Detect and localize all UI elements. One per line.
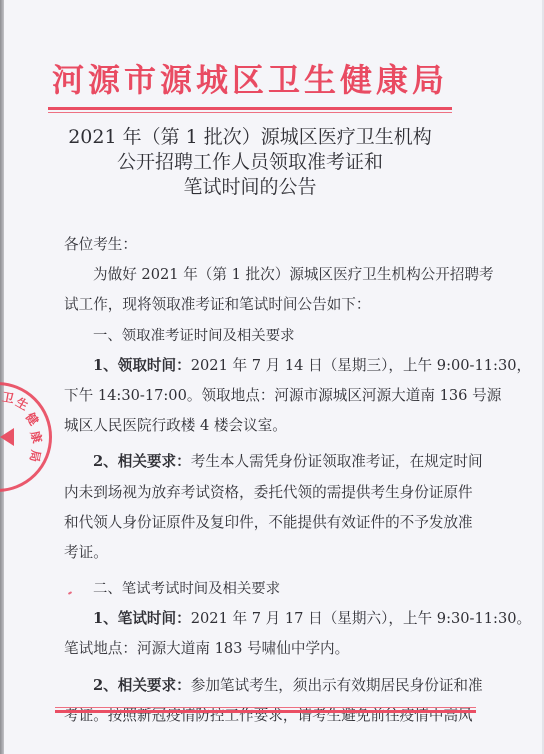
section-heading: 二、笔试考试时间及相关要求 [64,574,484,604]
intro-paragraph: 为做好 2021 年（第 1 批次）源城区医疗卫生机构公开招聘考 试工作，现将领… [64,260,484,320]
seal-star-icon [0,428,14,446]
section-1-item-2: 2、相关要求：考生本人需凭身份证领取准考证，在规定时间 内未到场视为放弃考试资格… [64,447,484,568]
section-heading: 一、领取准考证时间及相关要求 [64,321,484,351]
item-label: 1、领取时间： [93,357,191,374]
document-title: 2021 年（第 1 批次）源城区医疗卫生机构 公开招聘工作人员领取准考证和 笔… [0,125,500,200]
salutation: 各位考生： [64,230,484,260]
title-line: 2021 年（第 1 批次）源城区医疗卫生机构 [0,125,500,150]
section-2-item-2: 2、相关要求：参加笔试考生，须出示有效期居民身份证和准 考证。按照新冠疫情防控工… [64,671,484,731]
seal-char: 局 [28,449,42,463]
item-label: 2、相关要求： [93,453,191,470]
item-label: 1、笔试时间： [93,610,191,627]
title-line: 公开招聘工作人员领取准考证和 [0,150,500,175]
section-2-item-1: 1、笔试时间：2021 年 7 月 17 日（星期六），上午 9:30-11:3… [64,604,484,664]
scan-left-edge [0,0,4,754]
letterhead-organization: 河源市源城区卫生健康局 [0,60,500,100]
document-page: 河源市源城区卫生健康局 2021 年（第 1 批次）源城区医疗卫生机构 公开招聘… [0,0,544,754]
document-body: 各位考生： 为做好 2021 年（第 1 批次）源城区医疗卫生机构公开招聘考 试… [64,230,484,731]
section-1: 一、领取准考证时间及相关要求 1、领取时间：2021 年 7 月 14 日（星期… [64,321,484,569]
section-1-item-1: 1、领取时间：2021 年 7 月 14 日（星期三），上午 9:00-11:3… [64,351,484,442]
title-line: 笔试时间的公告 [0,175,500,200]
item-label: 2、相关要求： [93,677,191,694]
seal-char: 卫 [1,391,15,405]
